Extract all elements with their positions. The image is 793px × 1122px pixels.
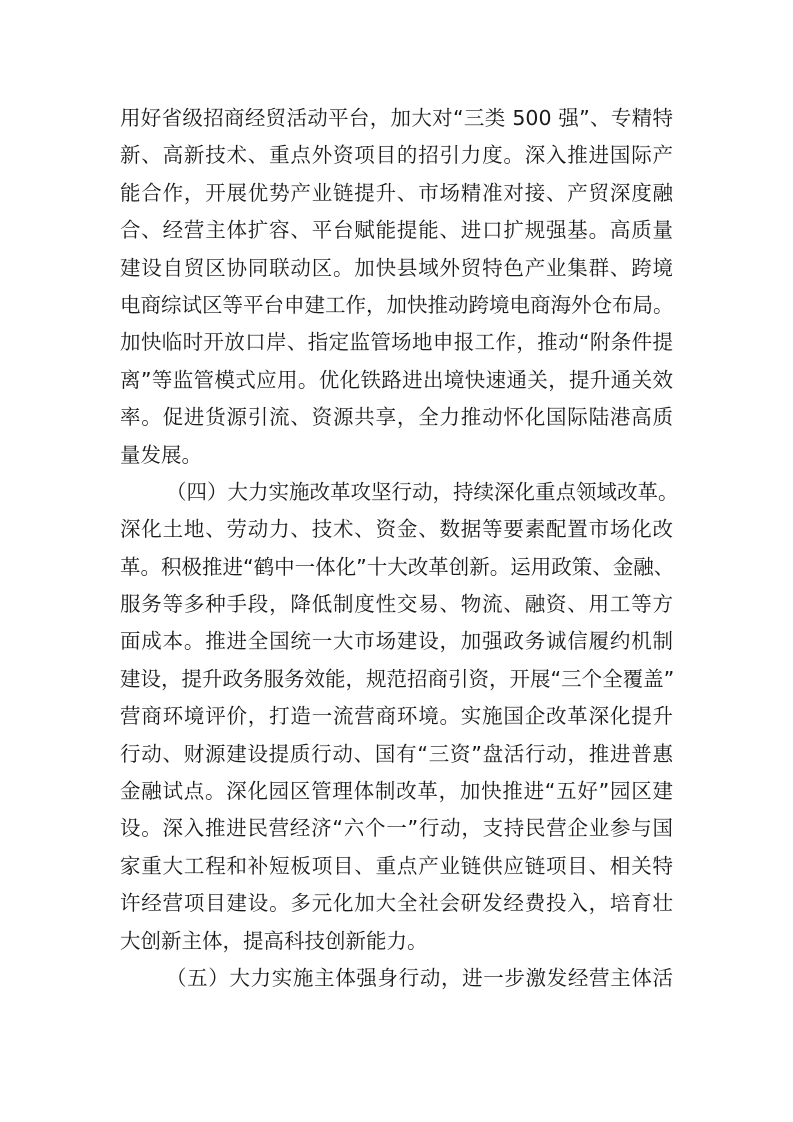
paragraph-section-4: （四）大力实施改革攻坚行动，持续深化重点领域改革。 深化土地、劳动力、技术、资金… [120,474,673,960]
text-line: 用好省级招商经贸活动平台，加大对“三类 500 强”、专精特 [120,100,673,137]
text-line: 电商综试区等平台申建工作，加快推动跨境电商海外仓布局。 [120,287,673,324]
text-line: 面成本。推进全国统一大市场建设，加强政务诚信履约机制 [120,623,673,660]
document-page: 用好省级招商经贸活动平台，加大对“三类 500 强”、专精特 新、高新技术、重点… [0,0,793,1122]
text-line: 营商环境评价，打造一流营商环境。实施国企改革深化提升 [120,698,673,735]
text-line: 离”等监管模式应用。优化铁路进出境快速通关，提升通关效 [120,362,673,399]
text-line: 量发展。 [120,437,673,474]
text-line: 革。积极推进“鹤中一体化”十大改革创新。运用政策、金融、 [120,549,673,586]
text-line: 大创新主体，提高科技创新能力。 [120,923,673,960]
text-line: 建设，提升政务服务效能，规范招商引资，开展“三个全覆盖” [120,661,673,698]
section-heading-line: （四）大力实施改革攻坚行动，持续深化重点领域改革。 [120,474,673,511]
paragraph-continued: 用好省级招商经贸活动平台，加大对“三类 500 强”、专精特 新、高新技术、重点… [120,100,673,474]
text-line: 率。促进货源引流、资源共享，全力推动怀化国际陆港高质 [120,399,673,436]
section-heading-line: （五）大力实施主体强身行动，进一步激发经营主体活 [120,960,673,997]
text-line: 能合作，开展优势产业链提升、市场精准对接、产贸深度融 [120,175,673,212]
text-line: 深化土地、劳动力、技术、资金、数据等要素配置市场化改 [120,511,673,548]
text-line: 建设自贸区协同联动区。加快县域外贸特色产业集群、跨境 [120,250,673,287]
text-line: 金融试点。深化园区管理体制改革，加快推进“五好”园区建 [120,773,673,810]
text-line: 设。深入推进民营经济“六个一”行动，支持民营企业参与国 [120,810,673,847]
document-body: 用好省级招商经贸活动平台，加大对“三类 500 强”、专精特 新、高新技术、重点… [120,100,673,997]
paragraph-section-5: （五）大力实施主体强身行动，进一步激发经营主体活 [120,960,673,997]
text-line: 服务等多种手段，降低制度性交易、物流、融资、用工等方 [120,586,673,623]
text-line: 许经营项目建设。多元化加大全社会研发经费投入，培育壮 [120,885,673,922]
text-line: 加快临时开放口岸、指定监管场地申报工作，推动“附条件提 [120,324,673,361]
text-line: 行动、财源建设提质行动、国有“三资”盘活行动，推进普惠 [120,736,673,773]
text-line: 合、经营主体扩容、平台赋能提能、进口扩规强基。高质量 [120,212,673,249]
text-line: 新、高新技术、重点外资项目的招引力度。深入推进国际产 [120,137,673,174]
text-line: 家重大工程和补短板项目、重点产业链供应链项目、相关特 [120,848,673,885]
